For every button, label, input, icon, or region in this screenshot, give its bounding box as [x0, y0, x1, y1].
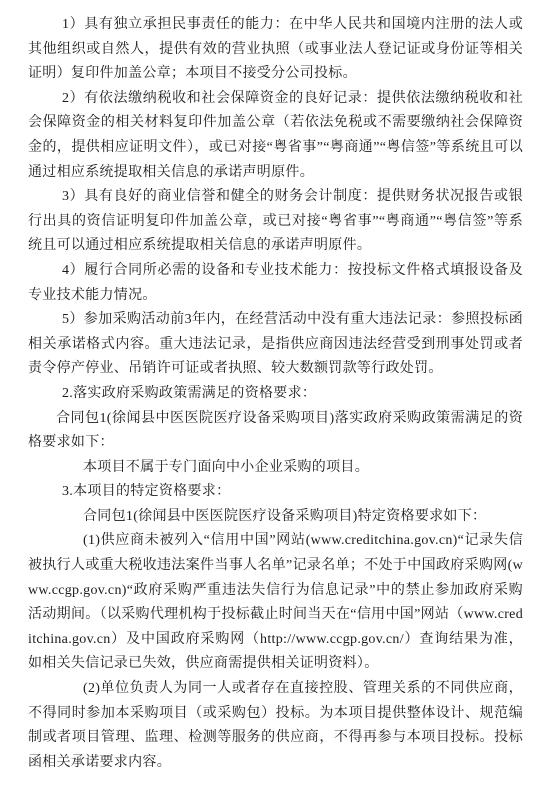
- clause-3-financial-credit: 3）具有良好的商业信誉和健全的财务会计制度：提供财务状况报告或银行出具的资信证明…: [28, 185, 523, 259]
- clause-4-equipment-ability: 4）履行合同所必需的设备和专业技术能力：按投标文件格式填报设备及专业技术能力情况…: [28, 259, 523, 308]
- section-2-policy-requirements-heading: 2.落实政府采购政策需满足的资格要求：: [28, 382, 523, 407]
- specific-requirement-2-same-principal: (2)单位负责人为同一人或者存在直接控股、管理关系的不同供应商，不得同时参加本采…: [28, 677, 523, 775]
- clause-1-capability: 1）具有独立承担民事责任的能力：在中华人民共和国境内注册的法人或其他组织或自然人…: [28, 13, 523, 87]
- sme-procurement-note: 本项目不属于专门面向中小企业采购的项目。: [28, 456, 523, 481]
- clause-5-no-violation-record: 5）参加采购活动前3年内，在经营活动中没有重大违法记录：参照投标函相关承诺格式内…: [28, 308, 523, 382]
- document-page: 1）具有独立承担民事责任的能力：在中华人民共和国境内注册的法人或其他组织或自然人…: [0, 0, 553, 794]
- specific-requirement-1-credit-check: (1)供应商未被列入“信用中国”网站(www.creditchina.gov.c…: [28, 529, 523, 677]
- section-3-specific-requirements-heading: 3.本项目的特定资格要求：: [28, 480, 523, 505]
- clause-2-tax-social-security: 2）有依法缴纳税收和社会保障资金的良好记录：提供依法缴纳税收和社会保障资金的相关…: [28, 87, 523, 185]
- contract-package-policy-requirements: 合同包1(徐闻县中医医院医疗设备采购项目)落实政府采购政策需满足的资格要求如下：: [28, 407, 523, 456]
- contract-package-specific-requirements: 合同包1(徐闻县中医医院医疗设备采购项目)特定资格要求如下：: [28, 505, 523, 530]
